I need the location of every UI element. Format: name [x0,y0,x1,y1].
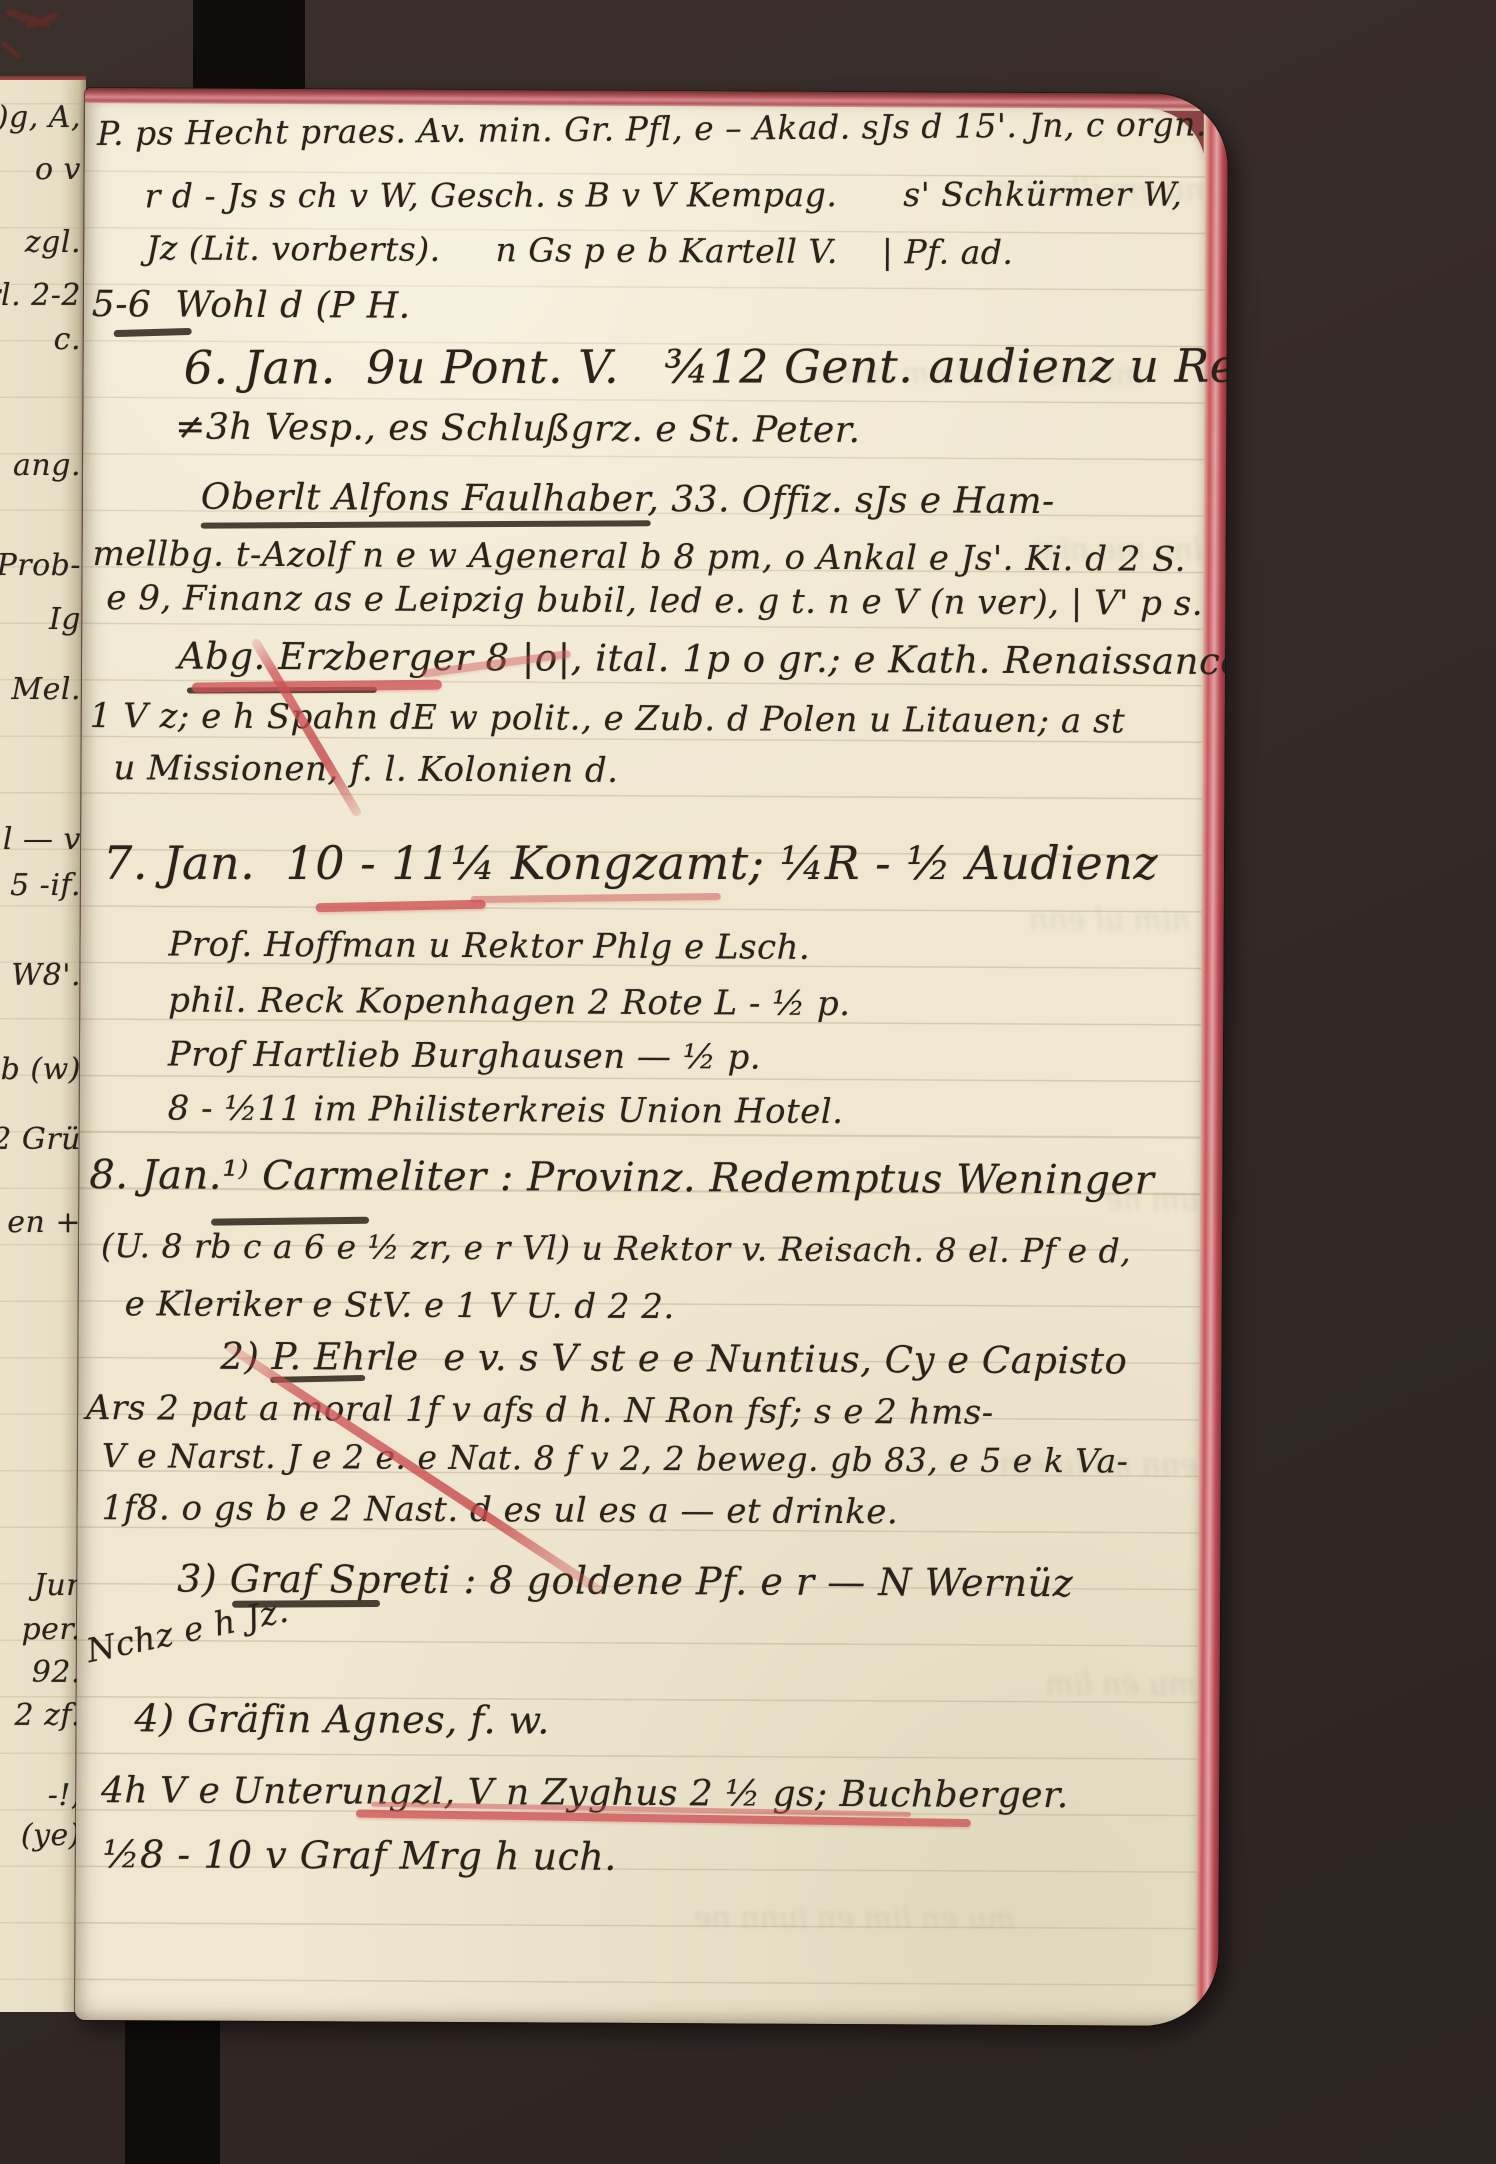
handwriting-line: e Kleriker e StV. e 1 V U. d 2 2. [125,1284,675,1327]
margin-fragment: c. [54,322,81,357]
margin-fragment: l — v [3,822,81,857]
margin-fragment: h W8'. [0,958,81,993]
handwriting-line: u Missionen, f. l. Kolonien d. [113,748,618,791]
handwriting-line: (U. 8 rb c a 6 e ½ zr, e r Vl) u Rektor … [101,1226,1131,1270]
red-pencil-underline [316,900,486,913]
handwriting-line: Ars 2 pat a moral 1f v afs d h. N Ron fs… [86,1388,994,1433]
margin-fragment: ang. [13,448,81,483]
handwriting-line: 8 - ½11 im Philisterkreis Union Hotel. [168,1088,844,1132]
handwriting-layer: nu em illum ne mi unse nnd em nin u lnu … [75,88,1228,2026]
bleedthrough-text: nim ul enn [971,893,1191,948]
margin-fragment: )g, A, [0,100,81,135]
margin-fragment: b (w) [1,1052,81,1087]
binding-strip-top [193,0,305,94]
handwriting-line: phil. Reck Kopenhagen 2 Rote L - ½ p. [168,980,851,1024]
handwriting-line: Oberlt Alfons Faulhaber, 33. Offiz. sJs … [201,477,1055,522]
ink-underline [201,520,651,528]
handwriting-line: ½8 - 10 v Graf Mrg h uch. [103,1832,617,1879]
ink-underline [232,1600,380,1608]
bleedthrough-text: mu en lim [967,1658,1197,1713]
handwriting-line: ≠3h Vesp., es Schlußgrz. e St. Peter. [175,406,860,451]
diary-page: nu em illum ne mi unse nnd em nin u lnu … [75,88,1228,2026]
margin-fragment: rl. 2-2 [0,278,81,313]
handwriting-line: r d - Js s ch v W, Gesch. s B v V Kempag… [145,175,1183,216]
handwriting-line: e 9, Finanz as e Leipzig bubil, led e. g… [106,578,1203,624]
red-pencil-underline [471,893,721,903]
handwriting-line-day-heading: 8. Jan.¹⁾ Carmeliter : Provinz. Redemptu… [89,1152,1154,1204]
handwriting-line: P. ps Hecht praes. Av. min. Gr. Pfl, e –… [97,104,1207,153]
ink-underline [211,1217,369,1226]
handwriting-line: Jz (Lit. vorberts). n Gs p e b Kartell V… [146,228,1014,272]
margin-fragment: Jur [34,1568,81,1603]
margin-fragment: Ig [49,602,81,637]
margin-fragment: 5 -if. [10,868,81,903]
handwriting-line: Abg. Erzberger 8 |o|, ital. 1p o gr.; e … [178,634,1228,683]
margin-fragment: zgl. [25,225,81,260]
bleedthrough-text: mu en lim en iunn ne [475,1890,1015,1947]
diary-photo-stage: )g, A, o v zgl. rl. 2-2 c. ang. Prob- Ig… [0,0,1496,2164]
margin-fragment: 2 zf. [15,1698,82,1733]
margin-fragment: Mel. [11,672,81,707]
handwriting-line: 4) Gräfin Agnes, f. w. [134,1696,550,1742]
margin-fragment: J2 Grü [0,1122,81,1157]
handwriting-line-day-heading: 7. Jan. 10 - 11¼ Kongzamt; ¼R - ½ Audien… [103,836,1158,890]
margin-fragment: en + [7,1205,81,1240]
binding-strip-bottom [125,2010,220,2164]
margin-fragment: 92. [32,1655,81,1690]
handwriting-line: V e Narst. J e 2 e. e Nat. 8 f v 2, 2 be… [102,1436,1129,1480]
handwriting-line: mellbg. t-Azolf n e w Ageneral b 8 pm, o… [92,534,1186,580]
handwriting-line: 5-6 Wohl d (P H. [92,284,411,327]
handwriting-line: Prof Hartlieb Burghausen — ½ p. [168,1034,761,1077]
margin-fragment: (ye) [21,1818,81,1853]
handwriting-line: Prof. Hoffman u Rektor Phlg e Lsch. [168,924,810,967]
corner-scratch-mark [0,41,22,60]
margin-fragment: o v [35,152,81,187]
ink-underline [114,328,192,337]
handwriting-line: 3) Graf Spreti : 8 goldene Pf. e r — N W… [177,1557,1073,1606]
margin-fragment: Prob- [0,548,81,583]
red-pencil-underline [192,680,442,693]
facing-page-sliver: )g, A, o v zgl. rl. 2-2 c. ang. Prob- Ig… [0,80,86,2012]
margin-fragment: per. [21,1612,81,1647]
handwriting-line-day-heading: 6. Jan. 9u Pont. V. ¾12 Gent. audienz u … [184,338,1228,394]
handwriting-line: 1 V z; e h Spahn dE w polit., e Zub. d P… [90,696,1126,741]
